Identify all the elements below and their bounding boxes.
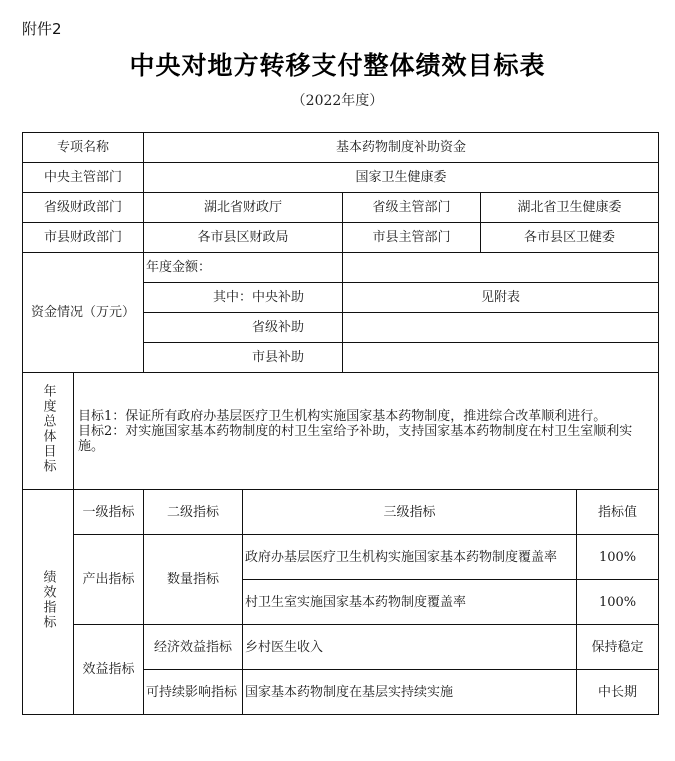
level1-cell: 产出指标 [74, 535, 144, 625]
row-project-name: 专项名称 基本药物制度补助资金 [23, 133, 659, 163]
funds-prov-label: 省级补助 [144, 313, 343, 343]
header-level2: 二级指标 [144, 490, 243, 535]
city-finance-label: 市县财政部门 [23, 223, 144, 253]
row-perf-header: 绩效指标 一级指标 二级指标 三级指标 指标值 [23, 490, 659, 535]
level1-cell: 效益指标 [74, 625, 144, 715]
row-goals: 年度总体目标 目标1：保证所有政府办基层医疗卫生机构实施国家基本药物制度，推进综… [23, 373, 659, 490]
funds-central-label: 其中：中央补助 [144, 283, 343, 313]
performance-target-table: 专项名称 基本药物制度补助资金 中央主管部门 国家卫生健康委 省级财政部门 湖北… [22, 132, 659, 715]
row-perf: 产出指标 数量指标 政府办基层医疗卫生机构实施国家基本药物制度覆盖率 100% [23, 535, 659, 580]
attachment-label: 附件2 [22, 18, 62, 39]
document-year: （2022年度） [0, 90, 675, 110]
goal-item: 目标2：对实施国家基本药物制度的村卫生室给予补助，支持国家基本药物制度在村卫生室… [78, 424, 654, 454]
row-central-dept: 中央主管部门 国家卫生健康委 [23, 163, 659, 193]
perf-label: 绩效指标 [23, 490, 74, 715]
prov-dept-label: 省级主管部门 [343, 193, 481, 223]
row-city: 市县财政部门 各市县区财政局 市县主管部门 各市县区卫健委 [23, 223, 659, 253]
level3-cell: 乡村医生收入 [243, 625, 577, 670]
level3-cell: 村卫生室实施国家基本药物制度覆盖率 [243, 580, 577, 625]
level2-cell: 数量指标 [144, 535, 243, 625]
row-funds-annual: 资金情况（万元） 年度金额： [23, 253, 659, 283]
project-name-value: 基本药物制度补助资金 [144, 133, 659, 163]
value-cell: 中长期 [577, 670, 659, 715]
city-dept-label: 市县主管部门 [343, 223, 481, 253]
city-finance-value: 各市县区财政局 [144, 223, 343, 253]
goal-item: 目标1：保证所有政府办基层医疗卫生机构实施国家基本药物制度，推进综合改革顺利进行… [78, 409, 654, 424]
funds-annual-label: 年度金额： [144, 253, 343, 283]
level2-cell: 可持续影响指标 [144, 670, 243, 715]
prov-dept-value: 湖北省卫生健康委 [481, 193, 659, 223]
funds-city-label: 市县补助 [144, 343, 343, 373]
value-cell: 100% [577, 580, 659, 625]
city-dept-value: 各市县区卫健委 [481, 223, 659, 253]
header-level3: 三级指标 [243, 490, 577, 535]
funds-label: 资金情况（万元） [23, 253, 144, 373]
value-cell: 保持稳定 [577, 625, 659, 670]
funds-prov-value [343, 313, 659, 343]
header-level1: 一级指标 [74, 490, 144, 535]
header-value: 指标值 [577, 490, 659, 535]
funds-central-value: 见附表 [343, 283, 659, 313]
row-provincial: 省级财政部门 湖北省财政厅 省级主管部门 湖北省卫生健康委 [23, 193, 659, 223]
level3-cell: 政府办基层医疗卫生机构实施国家基本药物制度覆盖率 [243, 535, 577, 580]
funds-annual-value [343, 253, 659, 283]
level3-cell: 国家基本药物制度在基层实持续实施 [243, 670, 577, 715]
goals-label: 年度总体目标 [23, 373, 74, 490]
central-dept-value: 国家卫生健康委 [144, 163, 659, 193]
funds-city-value [343, 343, 659, 373]
document-title: 中央对地方转移支付整体绩效目标表 [0, 46, 675, 82]
goals-content: 目标1：保证所有政府办基层医疗卫生机构实施国家基本药物制度，推进综合改革顺利进行… [74, 373, 659, 490]
prov-finance-value: 湖北省财政厅 [144, 193, 343, 223]
prov-finance-label: 省级财政部门 [23, 193, 144, 223]
value-cell: 100% [577, 535, 659, 580]
level2-cell: 经济效益指标 [144, 625, 243, 670]
row-perf: 效益指标 经济效益指标 乡村医生收入 保持稳定 [23, 625, 659, 670]
project-name-label: 专项名称 [23, 133, 144, 163]
central-dept-label: 中央主管部门 [23, 163, 144, 193]
